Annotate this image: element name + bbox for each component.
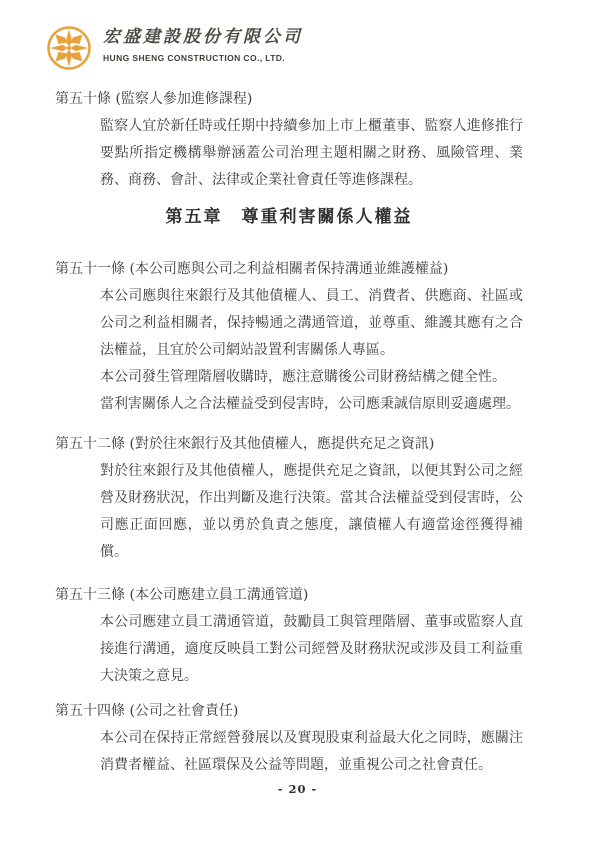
article-54-body: 本公司在保持正常經營發展以及實現股東利益最大化之同時，應關注消費者權益、社區環保… (100, 725, 523, 779)
article-50: 第五十條 (監察人參加進修課程) 監察人宜於新任時或任期中持續參加上市上櫃董事、… (55, 86, 523, 194)
article-50-paragraph: 監察人宜於新任時或任期中持續參加上市上櫃董事、監察人進修推行要點所指定機構舉辦涵… (100, 113, 523, 194)
document-page: 宏盛建設股份有限公司 HUNG SHENG CONSTRUCTION CO., … (0, 0, 595, 842)
article-54-paragraph: 本公司在保持正常經營發展以及實現股東利益最大化之同時，應關注消費者權益、社區環保… (100, 725, 523, 779)
document-body: 第五十條 (監察人參加進修課程) 監察人宜於新任時或任期中持續參加上市上櫃董事、… (0, 86, 595, 779)
company-name-zh: 宏盛建設股份有限公司 (103, 24, 303, 50)
company-header: 宏盛建設股份有限公司 HUNG SHENG CONSTRUCTION CO., … (0, 0, 595, 72)
article-52-paragraph: 對於往來銀行及其他債權人，應提供充足之資訊，以便其對公司之經營及財務狀況，作出判… (100, 458, 523, 566)
article-51-body: 本公司應與往來銀行及其他債權人、員工、消費者、供應商、社區或公司之利益相關者，保… (100, 283, 523, 418)
article-53: 第五十三條 (本公司應建立員工溝通管道) 本公司應建立員工溝通管道，鼓勵員工與管… (55, 582, 523, 690)
chapter-title: 第五章 尊重利害關係人權益 (55, 202, 523, 232)
article-51-heading: 第五十一條 (本公司應與公司之利益相關者保持溝通並維護權益) (55, 256, 523, 283)
company-name-en: HUNG SHENG CONSTRUCTION CO., LTD. (103, 52, 303, 64)
article-54-heading: 第五十四條 (公司之社會責任) (55, 698, 523, 725)
article-50-heading: 第五十條 (監察人參加進修課程) (55, 86, 523, 113)
article-53-heading: 第五十三條 (本公司應建立員工溝通管道) (55, 582, 523, 609)
article-52: 第五十二條 (對於往來銀行及其他債權人，應提供充足之資訊) 對於往來銀行及其他債… (55, 431, 523, 566)
article-52-heading: 第五十二條 (對於往來銀行及其他債權人，應提供充足之資訊) (55, 431, 523, 458)
article-51-paragraph: 當利害關係人之合法權益受到侵害時，公司應秉誠信原則妥適處理。 (100, 391, 523, 418)
company-logo-icon (45, 24, 93, 72)
page-number: - 20 - (278, 782, 318, 796)
article-50-body: 監察人宜於新任時或任期中持續參加上市上櫃董事、監察人進修推行要點所指定機構舉辦涵… (100, 113, 523, 194)
article-51-paragraph: 本公司發生管理階層收購時，應注意購後公司財務結構之健全性。 (100, 364, 523, 391)
page-footer: - 20 - (0, 782, 595, 796)
article-53-body: 本公司應建立員工溝通管道，鼓勵員工與管理階層、董事或監察人直接進行溝通，適度反映… (100, 609, 523, 690)
company-name-block: 宏盛建設股份有限公司 HUNG SHENG CONSTRUCTION CO., … (103, 24, 303, 64)
article-54: 第五十四條 (公司之社會責任) 本公司在保持正常經營發展以及實現股東利益最大化之… (55, 698, 523, 779)
article-53-paragraph: 本公司應建立員工溝通管道，鼓勵員工與管理階層、董事或監察人直接進行溝通，適度反映… (100, 609, 523, 690)
article-51: 第五十一條 (本公司應與公司之利益相關者保持溝通並維護權益) 本公司應與往來銀行… (55, 256, 523, 418)
article-52-body: 對於往來銀行及其他債權人，應提供充足之資訊，以便其對公司之經營及財務狀況，作出判… (100, 458, 523, 566)
article-51-paragraph: 本公司應與往來銀行及其他債權人、員工、消費者、供應商、社區或公司之利益相關者，保… (100, 283, 523, 364)
